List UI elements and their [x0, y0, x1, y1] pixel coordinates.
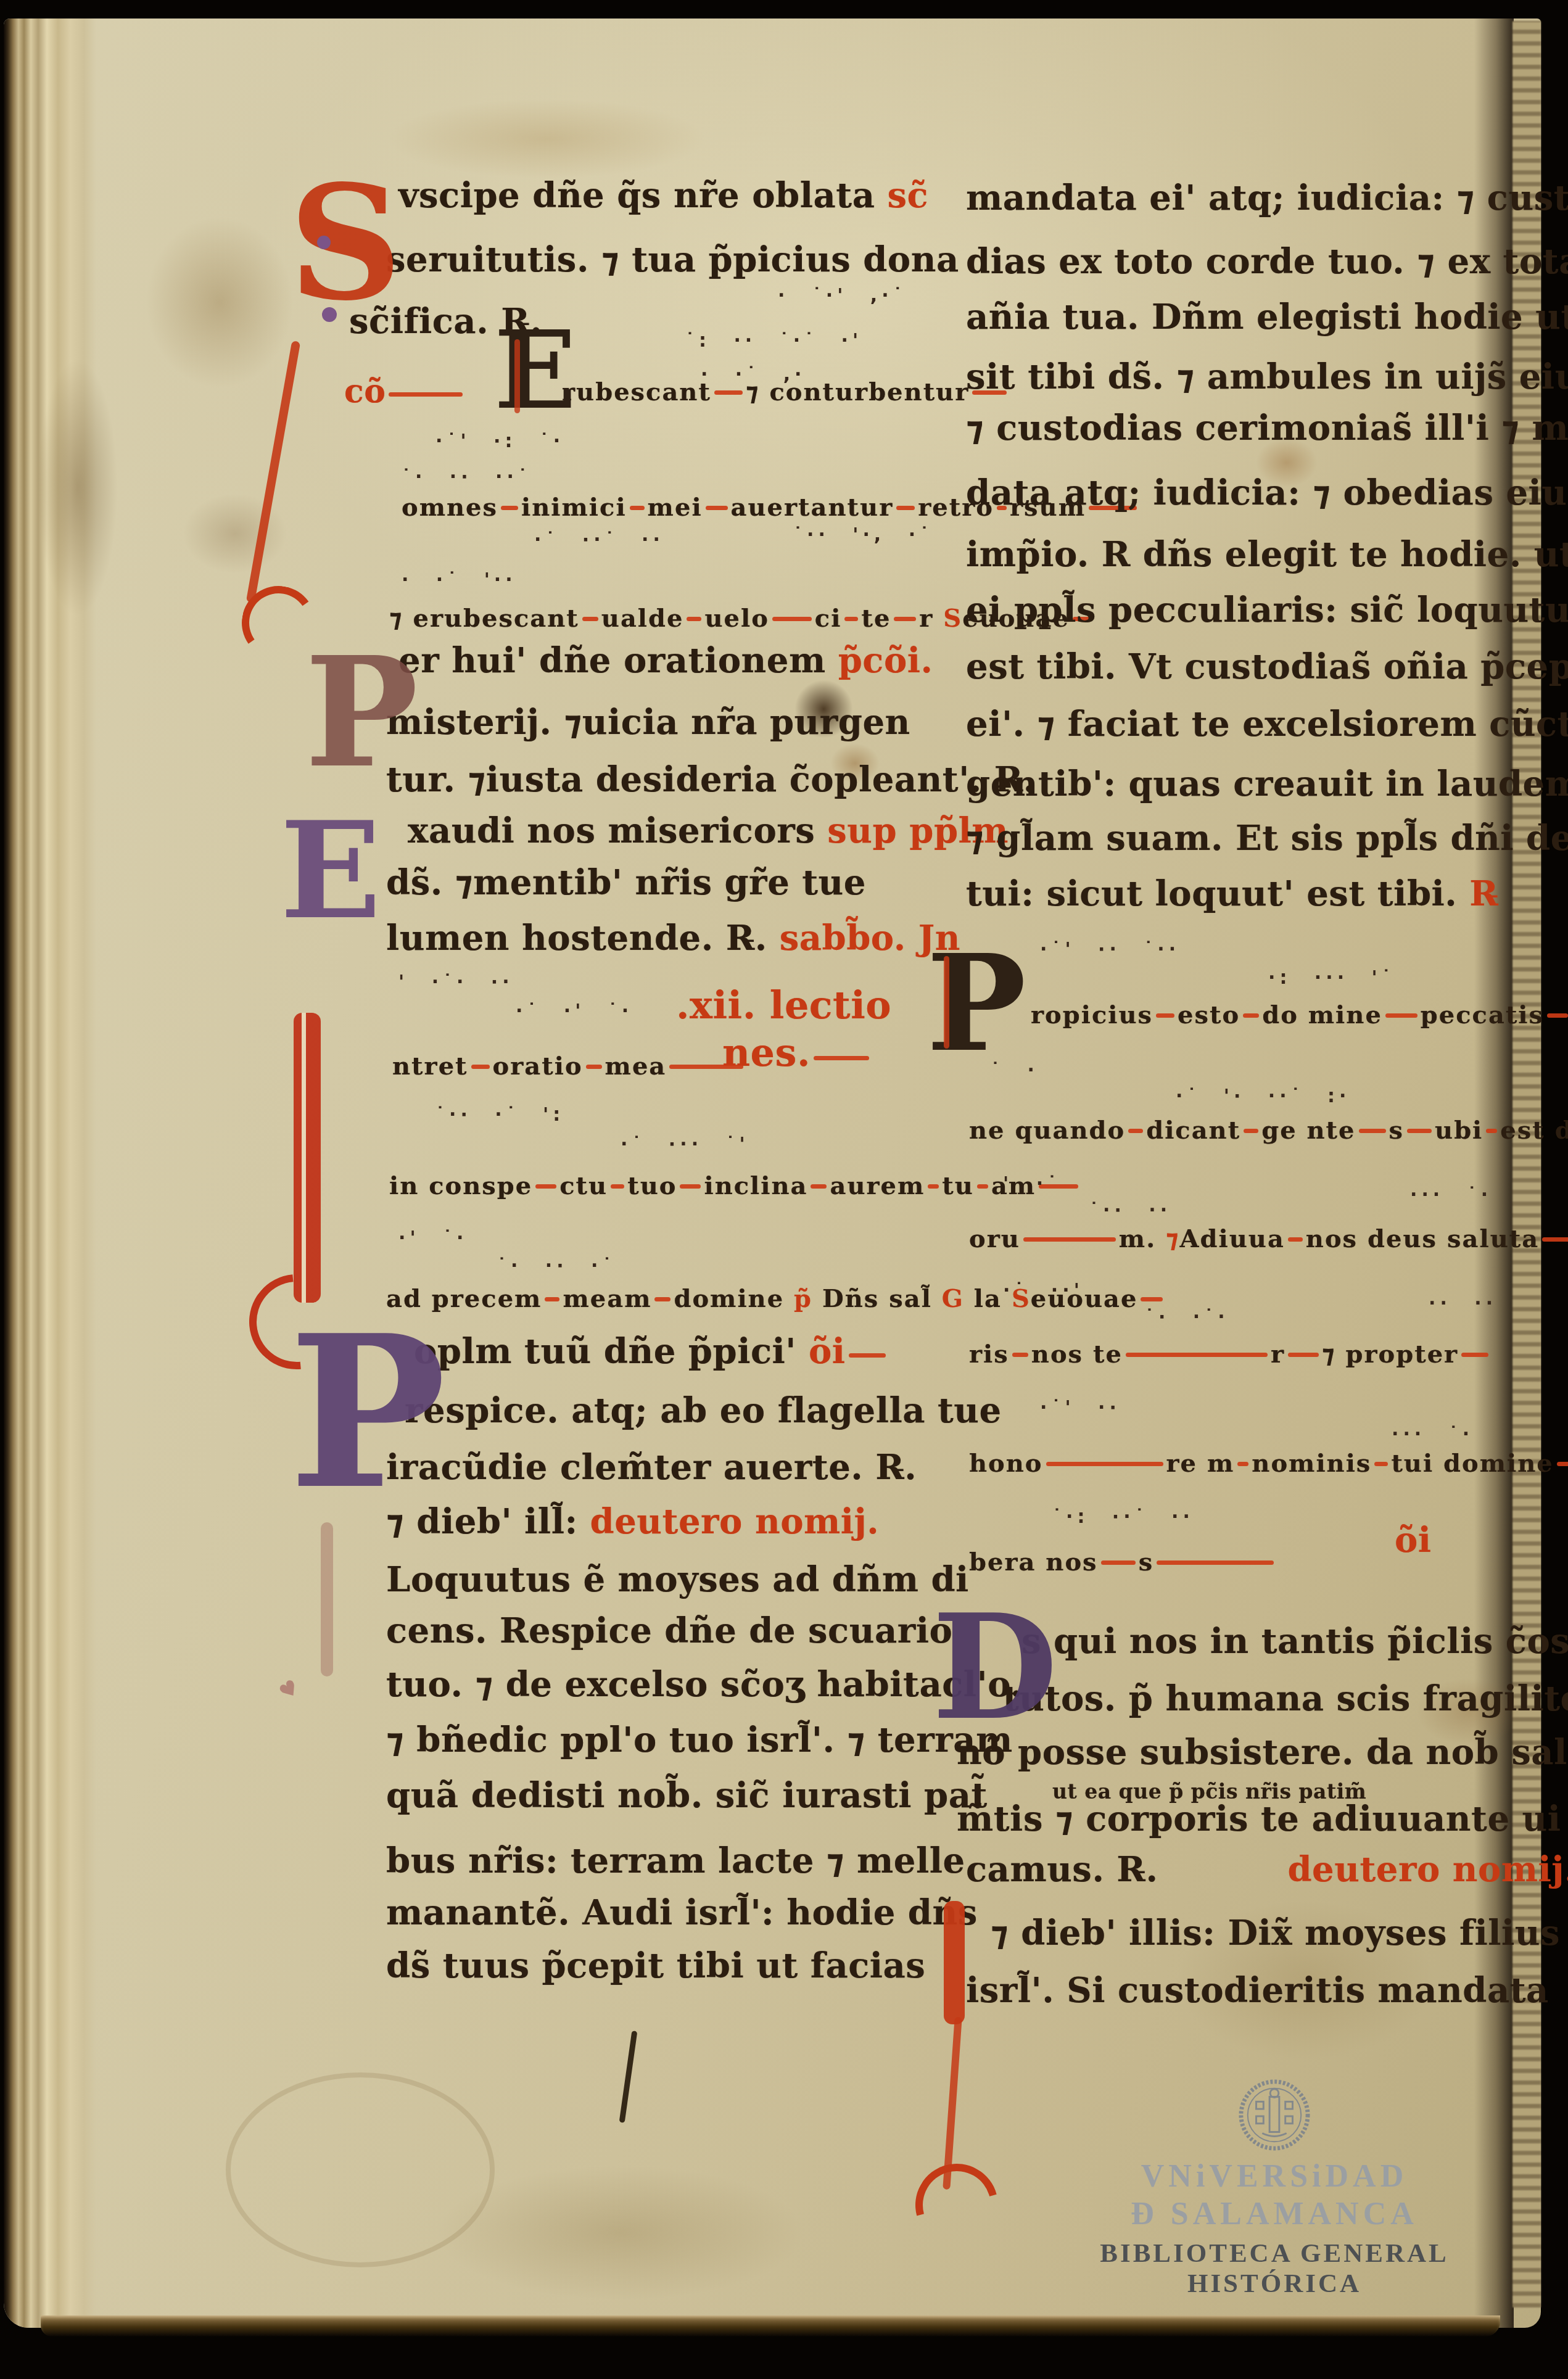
prose-line: bus nr̃is: terram lacte ⁊ melle — [386, 1843, 965, 1879]
ink-text: tuo — [627, 1171, 677, 1200]
rubric-text: deutero nomij. — [1287, 1849, 1568, 1890]
red-separator-dash — [630, 506, 645, 510]
rubric-line: cõ — [344, 375, 466, 408]
red-separator-dash — [714, 390, 743, 395]
red-separator-dash — [1156, 1013, 1174, 1018]
ink-text: ei ppl̃s pecculiaris: sic̃ loquutus — [966, 590, 1568, 630]
chant-line: orum. ⁊Adiuuanos deus saluta — [969, 1226, 1568, 1252]
prose-line: tutos. p̃ humana scis fragilite — [1003, 1681, 1568, 1717]
red-separator-dash — [654, 1297, 671, 1301]
ink-text: ropicius — [1031, 1000, 1153, 1029]
ink-text: meam — [563, 1284, 651, 1313]
red-separator-dash — [582, 617, 598, 621]
neume-line: ·˙ ∙·˙ ·· — [534, 529, 664, 551]
red-separator-dash — [611, 1184, 624, 1189]
ink-text: oplm tuũ dñe p̃pici' — [414, 1331, 809, 1372]
neume-line: ˙· ·∙ ·˙ — [497, 1255, 616, 1277]
ink-text: ualde — [601, 604, 684, 633]
decor-curl — [900, 2148, 1013, 2261]
neume-line: ˙∙ ·˙· — [1145, 1306, 1229, 1328]
neume-line: ·' ˙· — [398, 1227, 468, 1249]
prose-line: isrl̃'. Si custodieritis mandata — [966, 1973, 1549, 2008]
chant-line: ne quandodicantge ntesubiest deus e — [969, 1118, 1568, 1144]
chant-line: ntretoratiomea — [392, 1053, 746, 1079]
ink-text: est deus e — [1500, 1116, 1568, 1145]
neume-line: ' ·˙· ∙· — [398, 971, 514, 993]
ink-text: esto — [1178, 1000, 1240, 1029]
ink-text: tutos. p̃ humana scis fragilite — [1003, 1678, 1568, 1719]
prose-line: m̃tis ⁊ corporis te adiuuante ui — [957, 1801, 1561, 1837]
neume-line: ·˙ ··' — [1003, 1280, 1084, 1301]
watermark-library-name: BIBLIOTECA GENERAL HISTÓRICA — [1052, 2238, 1496, 2299]
neume-line: ·· ·· — [1429, 1293, 1497, 1314]
red-separator-dash — [1237, 1462, 1248, 1466]
ink-text: tuo. ⁊ de excelso sc̃oʒ habitacl'o. — [386, 1664, 1023, 1705]
rubric-text: p̃ — [794, 1284, 822, 1313]
red-separator-dash — [680, 1184, 701, 1189]
ink-text: ⁊ propter — [1322, 1340, 1458, 1369]
prose-line: mandata ei' atq; iudicia: ⁊ custo — [966, 180, 1568, 216]
ink-text: rubescant — [562, 377, 711, 406]
rubric-text: p̃cõi. — [838, 640, 933, 681]
neume-line: ' ·˙ — [1003, 1173, 1061, 1195]
rubric-text: ⁊ — [1166, 1224, 1180, 1253]
ink-text: tui: sicut loquut' est tibi. — [966, 873, 1469, 914]
neume-line: ·˙' ∙: ˙· — [435, 431, 564, 452]
parchment-stain — [386, 99, 707, 179]
red-separator-dash — [545, 1297, 559, 1301]
illuminated-initial-S: S — [289, 173, 402, 315]
prose-line: gentib': quas creauit in laudem — [966, 766, 1568, 802]
parchment-stain — [146, 216, 294, 389]
prose-line: iracũdie clem̃ter auerte. R̵. — [386, 1449, 917, 1485]
ink-text: peccatis — [1421, 1000, 1544, 1029]
red-separator-dash — [1101, 1561, 1136, 1565]
ink-text: s qui nos in tantis p̃iclis c̃osti — [1021, 1621, 1568, 1662]
ink-text: sit tibi ds̃. ⁊ ambules in uijs̃ eius. — [966, 357, 1568, 397]
ink-text: ubi — [1435, 1116, 1483, 1145]
rubric-text: .xii. lectio — [676, 983, 891, 1028]
red-separator-dash — [669, 1065, 743, 1069]
chant-line: risnos ter⁊ propter — [969, 1342, 1492, 1367]
manuscript-photo: VNiVERSiDAD Ð SALAMANCA BIBLIOTECA GENER… — [0, 0, 1568, 2379]
rubric-line: õi — [1395, 1522, 1432, 1558]
prose-line: ds̃ tuus p̃cepit tibi ut facias — [386, 1948, 925, 1984]
decor-bar — [246, 340, 300, 603]
ink-text: mea — [605, 1052, 667, 1081]
chant-line: honore mnoministui domineli — [969, 1451, 1568, 1477]
ink-text: ntret — [392, 1052, 468, 1081]
red-separator-dash — [1288, 1237, 1303, 1242]
red-separator-dash — [1157, 1561, 1274, 1565]
ink-text: ge nte — [1261, 1116, 1355, 1145]
red-separator-dash — [849, 1353, 886, 1358]
red-separator-dash — [1288, 1353, 1319, 1357]
prose-line: data atq; iudicia: ⁊ obedias eius — [966, 475, 1568, 511]
red-separator-dash — [814, 1056, 869, 1060]
ink-text: bera nos — [969, 1548, 1098, 1577]
ink-text: inclina — [704, 1171, 807, 1200]
ink-text: inimici — [521, 493, 627, 522]
prose-line: lumen hostende. R̵. sabb̃o. Jn — [386, 920, 960, 956]
ink-text: in conspe — [389, 1171, 532, 1200]
ink-text: te — [861, 604, 891, 633]
red-separator-dash — [1126, 1353, 1268, 1357]
prose-line: tuo. ⁊ de excelso sc̃oʒ habitacl'o. — [386, 1667, 1023, 1702]
prose-line: tur. ⁊iusta desideria c̃opleant'. R̵. — [386, 762, 1036, 798]
prose-line: tui: sicut loquut' est tibi. R̵ — [966, 876, 1498, 912]
ink-text: camus. R̵. — [966, 1849, 1158, 1890]
red-separator-dash — [501, 506, 518, 510]
red-separator-dash — [535, 1184, 556, 1189]
prose-line: seruitutis. ⁊ tua p̃picius dona — [386, 242, 959, 278]
neume-line: · ·˙ ,· — [701, 364, 806, 386]
ink-text: nos te — [1031, 1340, 1123, 1369]
ink-text: tu — [942, 1171, 974, 1200]
decor-bar — [944, 1901, 965, 2024]
library-watermark: VNiVERSiDAD Ð SALAMANCA BIBLIOTECA GENER… — [1052, 2079, 1496, 2299]
neume-line: · ˙·' ,·˙ — [778, 285, 907, 307]
red-separator-dash — [706, 506, 728, 510]
red-separator-dash — [1046, 1462, 1163, 1466]
red-separator-dash — [844, 617, 858, 621]
red-separator-dash — [977, 1184, 988, 1189]
ink-text: uelo — [704, 604, 769, 633]
ink-text: misterij. ⁊uicia nr̃a purgen — [386, 702, 910, 743]
prose-line: ds̃. ⁊mentib' nr̃is gr̃e tue — [386, 865, 866, 901]
ink-text: re m — [1166, 1449, 1235, 1478]
ink-text: domine — [674, 1284, 794, 1313]
red-separator-dash — [1374, 1462, 1388, 1466]
ink-text: tur. ⁊iusta desideria c̃opleant'. R̵. — [386, 759, 1036, 800]
rubric-text: cõ — [344, 373, 386, 410]
ink-text: quã dedisti nob̃. sic̃ iurasti pat̃ — [386, 1775, 988, 1816]
decor-bar — [619, 2031, 638, 2123]
neume-line: ·: ··· '˙ — [1268, 967, 1395, 989]
ink-text: m̃tis ⁊ corporis te adiuuante ui — [957, 1799, 1561, 1839]
prose-line: cens. Respice dñe de scuario — [386, 1613, 952, 1649]
prose-line: ei ppl̃s pecculiaris: sic̃ loquutus — [966, 592, 1568, 628]
ink-text: nominis — [1252, 1449, 1371, 1478]
ink-text: m. — [1119, 1224, 1166, 1253]
red-separator-dash — [1244, 1129, 1258, 1133]
ink-text: respice. atq; ab eo flagella tue — [405, 1390, 1002, 1431]
prose-line: oplm tuũ dñe p̃pici' õi — [414, 1334, 889, 1369]
prose-line: est tibi. Vt custodias̃ oñia p̃cepta — [966, 649, 1568, 685]
rubric-text: R̵ — [1469, 873, 1498, 914]
ink-text: lumen hostende. R̵. — [386, 918, 780, 959]
prose-line: ⁊ dieb' ill̃: deutero nomij. — [386, 1504, 879, 1540]
prose-line: ⁊ gl̃am suam. Et sis ppl̃s dñi dei — [966, 820, 1568, 856]
neume-line: ·˙' ·∙ — [1040, 1397, 1121, 1419]
ink-text: omnes — [402, 493, 498, 522]
red-separator-dash — [1407, 1129, 1432, 1133]
manuscript-page: VNiVERSiDAD Ð SALAMANCA BIBLIOTECA GENER… — [4, 19, 1541, 2328]
neume-line: ·˙ ·' ˙· — [516, 1000, 633, 1022]
red-separator-dash — [1359, 1129, 1386, 1133]
rubric-text: deutero nomij. — [590, 1501, 880, 1542]
prose-line: sit tibi ds̃. ⁊ ambules in uijs̃ eius. — [966, 359, 1568, 395]
ink-text: xaudi nos misericors — [408, 810, 827, 851]
prose-line: respice. atq; ab eo flagella tue — [405, 1393, 1002, 1429]
red-separator-dash — [471, 1065, 490, 1069]
ink-text: Loquutus ẽ moyses ad dñm di — [386, 1559, 969, 1600]
ink-text: ci — [815, 604, 842, 633]
prose-line: vscipe dñe q̃s nr̃e oblata sc̃ — [398, 178, 928, 213]
ink-text: data atq; iudicia: ⁊ obedias eius — [966, 472, 1568, 513]
ink-text: r — [1271, 1340, 1285, 1369]
parchment-stain — [183, 493, 287, 574]
red-separator-dash — [1486, 1129, 1497, 1133]
ink-text: er hui' dñe orationem — [398, 640, 838, 681]
ink-text: ⁊ custodias cerimonias̃ ill'i ⁊ man — [966, 408, 1568, 448]
prose-line: imp̃io. R dñs elegit te hodie. ut sis — [966, 537, 1568, 572]
chant-line: ropiciusestodo minepeccatisno stris — [1031, 1002, 1568, 1028]
prose-line: ⁊ bñedic ppl'o tuo isrl̃'. ⁊ terram — [386, 1722, 1013, 1758]
ink-text: imp̃io. R dñs elegit te hodie. ut sis — [966, 534, 1568, 575]
rubric-line: .xii. lectio — [676, 986, 891, 1025]
chant-line: bera noss — [969, 1549, 1277, 1575]
neume-line: ˙·∙ ·· — [1089, 1200, 1171, 1221]
neume-line: ··· ˙· — [1392, 1424, 1474, 1445]
ink-text: s — [1389, 1116, 1405, 1145]
decor-bar — [944, 956, 949, 1049]
rubric-text: õi — [1395, 1520, 1432, 1561]
ink-text: dicant — [1146, 1116, 1240, 1145]
ink-text: gentib': quas creauit in laudem — [966, 764, 1568, 804]
ink-text: oru — [969, 1224, 1020, 1253]
ink-text: oratio — [493, 1052, 583, 1081]
prose-line: ⁊ custodias cerimonias̃ ill'i ⁊ man — [966, 410, 1568, 446]
ink-text: dias ex toto corde tuo. ⁊ ex tota — [966, 241, 1568, 282]
prose-line: er hui' dñe orationem p̃cõi. — [398, 643, 933, 678]
ink-text: hono — [969, 1449, 1043, 1478]
ink-text: auertantur — [731, 493, 894, 522]
rubric-text: õi — [809, 1331, 846, 1372]
ink-text: nos deus saluta — [1306, 1224, 1539, 1253]
neume-line: ˙·: ∙·˙ ·· — [1052, 1506, 1194, 1528]
prose-line: dias ex toto corde tuo. ⁊ ex tota — [966, 244, 1568, 279]
red-separator-dash — [1141, 1297, 1163, 1301]
prose-line: ⁊ dieb' illis: Dix̃ moyses filius — [991, 1915, 1560, 1951]
ink-text: ⁊ bñedic ppl'o tuo isrl̃'. ⁊ terram — [386, 1720, 1013, 1760]
neume-line: ˙·∙ ·˙ ': — [435, 1104, 564, 1126]
ink-text: ds̃. ⁊mentib' nr̃is gr̃e tue — [386, 862, 866, 903]
red-separator-dash — [1243, 1013, 1259, 1018]
ink-text: añia tua. Dñm elegisti hodie ut — [966, 297, 1568, 337]
red-separator-dash — [811, 1184, 827, 1189]
university-seal-icon — [1238, 2079, 1311, 2151]
ink-text: ei'. ⁊ faciat te excelsiorem cũctis — [966, 704, 1568, 744]
red-separator-dash — [1461, 1353, 1488, 1357]
ink-text: Dñs sal̃ — [822, 1284, 942, 1313]
red-separator-dash — [772, 617, 812, 621]
rubric-text: sc̃ — [887, 175, 928, 216]
red-separator-dash — [1128, 1129, 1143, 1133]
ink-text: mei — [648, 493, 703, 522]
decor-dot — [317, 236, 331, 249]
red-separator-dash — [586, 1065, 602, 1069]
decor-glyph: ♥ — [274, 1675, 304, 1705]
red-separator-dash — [687, 617, 701, 621]
prose-line: quã dedisti nob̃. sic̃ iurasti pat̃ — [386, 1778, 988, 1813]
prose-line: manantẽ. Audi isrl̃': hodie dñs — [386, 1895, 978, 1931]
ink-text: cens. Respice dñe de scuario — [386, 1610, 952, 1651]
decor-bar — [514, 339, 520, 413]
neume-line: ·˙ '∙ ··˙ :· — [1176, 1086, 1351, 1107]
ink-text: iracũdie clem̃ter auerte. R̵. — [386, 1447, 917, 1488]
ink-text: s — [1139, 1548, 1154, 1577]
red-separator-dash — [1023, 1237, 1116, 1242]
red-separator-dash — [1547, 1013, 1568, 1018]
ink-text: tui domine — [1391, 1449, 1553, 1478]
ink-text: aurem — [830, 1171, 925, 1200]
ink-text: manantẽ. Audi isrl̃': hodie dñs — [386, 1892, 978, 1933]
red-separator-dash — [894, 617, 916, 621]
chant-line: in conspectutuoinclinaauremtuam — [389, 1173, 1081, 1199]
ink-text: bus nr̃is: terram lacte ⁊ melle — [386, 1841, 965, 1881]
watermark-institution-line1: VNiVERSiDAD — [1052, 2158, 1496, 2195]
prose-line: s qui nos in tantis p̃iclis c̃osti — [1021, 1623, 1568, 1659]
page-bottom-edge — [41, 2315, 1500, 2336]
red-separator-dash — [1012, 1353, 1028, 1357]
illuminated-initial-E: E — [494, 322, 576, 419]
decor-bar — [321, 1522, 333, 1676]
illuminated-initial-D: D — [932, 1602, 1058, 1733]
ink-text: r — [919, 604, 943, 633]
illuminated-initial-P: P — [926, 944, 1026, 1063]
prose-line: Loquutus ẽ moyses ad dñm di — [386, 1562, 969, 1598]
neume-line: ˙·· '·, ·˙ — [793, 524, 933, 546]
decor-ring — [226, 2072, 495, 2267]
red-separator-dash — [928, 1184, 939, 1189]
red-separator-dash — [1385, 1013, 1417, 1018]
illuminated-initial-P: P — [305, 645, 418, 781]
ink-text: isrl̃'. Si custodieritis mandata — [966, 1970, 1549, 2011]
red-separator-dash — [1542, 1237, 1568, 1242]
binding-gutter — [4, 19, 96, 2328]
ink-text: mandata ei' atq; iudicia: ⁊ custo — [966, 178, 1568, 218]
neume-line: ·˙ ∙·· ˙' — [621, 1134, 749, 1155]
ink-text: ctu — [559, 1171, 608, 1200]
neume-line: ··· ˙· — [1410, 1184, 1492, 1206]
prose-line: misterij. ⁊uicia nr̃a purgen — [386, 704, 910, 740]
ink-text: ris — [969, 1340, 1009, 1369]
decor-bar — [294, 1013, 321, 1303]
prose-line: ei'. ⁊ faciat te excelsiorem cũctis — [966, 706, 1568, 742]
ink-text: do mine — [1262, 1000, 1382, 1029]
ink-text: vscipe dñe q̃s nr̃e oblata — [398, 175, 887, 216]
neume-line: ˙· ·∙ ··˙ — [402, 466, 532, 488]
illuminated-initial-E: E — [280, 811, 381, 931]
ink-text: seruitutis. ⁊ tua p̃picius dona — [386, 239, 959, 280]
prose-line: camus. R̵.deutero nomij. — [966, 1852, 1568, 1887]
ink-text: ⁊ dieb' illis: Dix̃ moyses filius — [991, 1913, 1560, 1953]
prose-line: xaudi nos misericors sup pp̃lm — [408, 813, 1009, 849]
watermark-institution-line2: Ð SALAMANCA — [1052, 2196, 1496, 2232]
prose-line: añia tua. Dñm elegisti hodie ut — [966, 299, 1568, 335]
rubric-text: G — [942, 1284, 974, 1313]
ink-text: ds̃ tuus p̃cepit tibi ut facias — [386, 1945, 925, 1986]
red-separator-dash — [1557, 1462, 1568, 1466]
neume-line: ·˙' ∙· ˙·· — [1040, 939, 1180, 960]
decor-dot — [322, 307, 337, 322]
ink-text: est tibi. Vt custodias̃ oñia p̃cepta — [966, 646, 1568, 687]
ink-text: ⁊ gl̃am suam. Et sis ppl̃s dñi dei — [966, 818, 1568, 859]
neume-line: · ·˙ '·· — [402, 569, 517, 591]
red-separator-dash — [896, 506, 915, 510]
ink-text: ne quando — [969, 1116, 1125, 1145]
rubric-text: S — [943, 604, 962, 633]
neume-line: ˙: ·· ˙·˙ ·' — [685, 330, 862, 352]
ink-text: Adiuua — [1180, 1224, 1285, 1253]
red-separator-dash — [389, 392, 463, 397]
